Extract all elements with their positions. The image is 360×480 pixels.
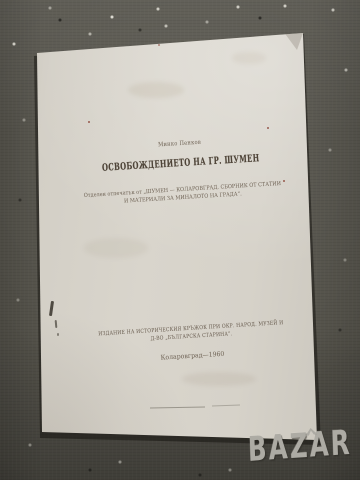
bazar-watermark: BAZAR [247, 423, 352, 470]
photo-of-booklet-cover: Минко Пенков ОСВОБОЖДЕНИЕТО НА ГР. ШУМЕН… [0, 0, 360, 480]
red-speck [158, 44, 160, 46]
author-name: Минко Пенков [66, 133, 292, 154]
book-title: ОСВОБОЖДЕНИЕТО НА ГР. ШУМЕН [90, 153, 271, 175]
ink-mark [49, 301, 54, 316]
cover-text-block: Минко Пенков ОСВОБОЖДЕНИЕТО НА ГР. ШУМЕН… [41, 42, 330, 444]
city-and-year: Коларовград—1960 [66, 344, 319, 367]
